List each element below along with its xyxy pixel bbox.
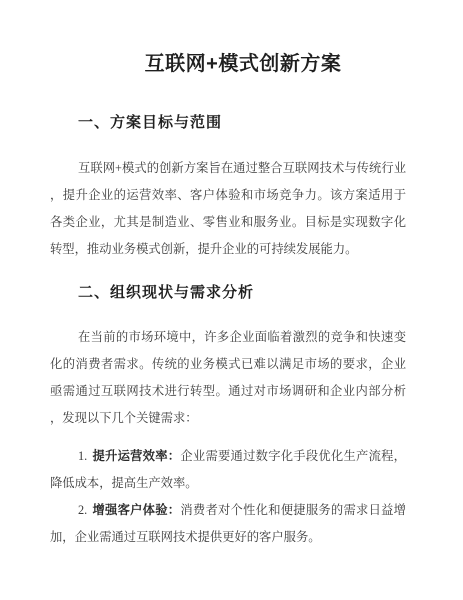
section-1-heading: 一、方案目标与范围 bbox=[50, 113, 406, 133]
key-needs-list: 1.提升运营效率：企业需要通过数字化手段优化生产流程，降低成本，提高生产效率。 … bbox=[50, 443, 406, 551]
list-item-1-number: 1. bbox=[78, 449, 87, 463]
section-2-paragraph: 在当前的市场环境中，许多企业面临着激烈的竞争和快速变化的消费者需求。传统的业务模… bbox=[50, 324, 406, 432]
list-item-1-label: 提升运营效率： bbox=[92, 449, 180, 463]
list-item-1: 1.提升运营效率：企业需要通过数字化手段优化生产流程，降低成本，提高生产效率。 bbox=[50, 443, 406, 497]
list-item-2: 2.增强客户体验：消费者对个性化和便捷服务的需求日益增加，企业需通过互联网技术提… bbox=[50, 497, 406, 551]
section-2-heading: 二、组织现状与需求分析 bbox=[50, 283, 406, 303]
document-page: 互联网+模式创新方案 一、方案目标与范围 互联网+模式的创新方案旨在通过整合互联… bbox=[0, 0, 463, 600]
document-title: 互联网+模式创新方案 bbox=[50, 49, 406, 79]
list-item-2-label: 增强客户体验： bbox=[92, 503, 180, 517]
section-1-paragraph: 互联网+模式的创新方案旨在通过整合互联网技术与传统行业，提升企业的运营效率、客户… bbox=[50, 155, 406, 263]
list-item-2-number: 2. bbox=[78, 503, 87, 517]
